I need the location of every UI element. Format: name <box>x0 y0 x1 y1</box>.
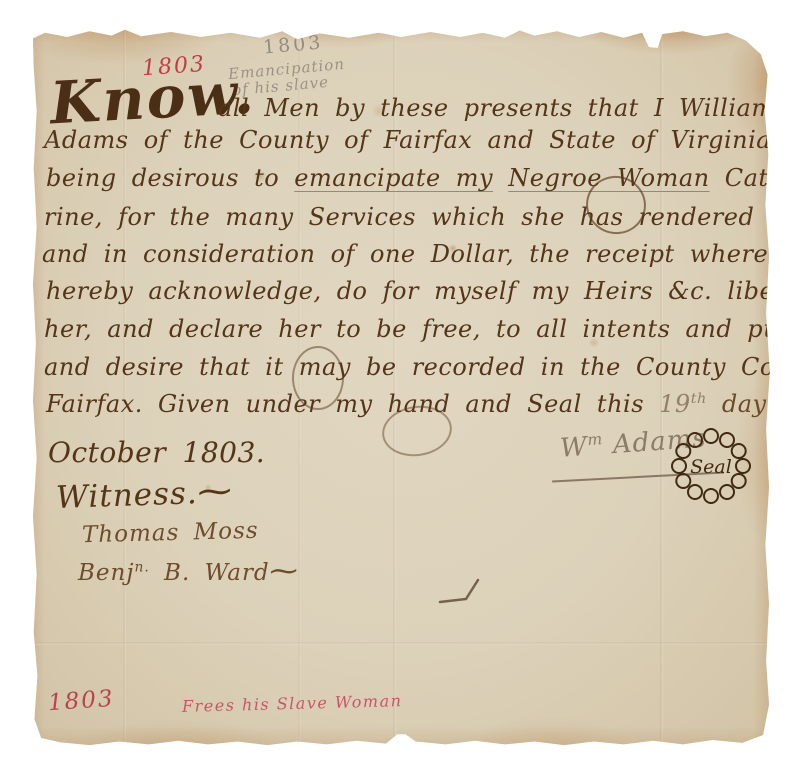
witness-name-thomas-moss: Thomas Moss <box>82 518 259 549</box>
document-line-6: hereby acknowledge, do for myself my Hei… <box>46 277 800 305</box>
line3-spacer <box>493 164 508 192</box>
hand-drawn-seal: Seal <box>666 422 756 510</box>
manumission-document-paper: 1803 1803 Emancipation of his slave Know… <box>30 24 772 748</box>
line9-day-suffix: th <box>691 391 707 407</box>
line9-day-number: 19 <box>659 390 691 418</box>
witness-name2-text: Benj <box>78 560 134 586</box>
line3-text: being desirous to <box>46 164 294 192</box>
line9-text-end: day of <box>707 390 800 418</box>
document-line-7: her, and declare her to be free, to all … <box>44 315 800 343</box>
witness-heading: Witness.⁓ <box>55 471 232 517</box>
document-line-3: being desirous to emancipate my Negroe W… <box>46 164 800 192</box>
seal-label: Seal <box>690 456 732 478</box>
witness-name2-text-end: B. Ward <box>150 560 270 586</box>
horizontal-fold-crease <box>30 642 772 645</box>
line3-underlined-emancipate: emancipate my <box>294 164 493 192</box>
document-line-1: all Men by these presents that I William <box>218 94 775 122</box>
archival-year-pencil-top: 1803 <box>262 31 324 58</box>
document-line-10-date: October 1803. <box>48 436 265 469</box>
document-line-4: rine, for the many Services which she ha… <box>44 203 800 231</box>
stray-pen-mark <box>438 578 490 606</box>
ink-flourish-loop <box>292 346 344 410</box>
witness-name2-flourish: ⁓ <box>270 554 299 587</box>
archival-year-red-bottom: 1803 <box>47 686 115 717</box>
line3-text-end: Catha- <box>710 164 800 192</box>
line9-text: Fairfax. Given under my hand and Seal th… <box>46 390 659 418</box>
witness-flourish: ⁓ <box>197 471 232 512</box>
document-line-2: Adams of the County of Fairfax and State… <box>44 126 779 154</box>
archival-note-red-bottom: Frees his Slave Woman <box>182 691 403 716</box>
signature-text: W <box>559 432 589 464</box>
photo-background: { "colors": { "paper_base": "#dcd1b9", "… <box>0 0 800 770</box>
witness-name-benjamin-ward: Benjn. B. Ward⁓ <box>78 554 299 587</box>
witness-heading-text: Witness. <box>55 475 198 516</box>
signature-superscript: m <box>587 430 604 449</box>
witness-name2-superscript: n. <box>134 559 149 575</box>
document-line-5: and in consideration of one Dollar, the … <box>42 240 800 268</box>
document-line-8: and desire that it may be recorded in th… <box>44 353 800 381</box>
